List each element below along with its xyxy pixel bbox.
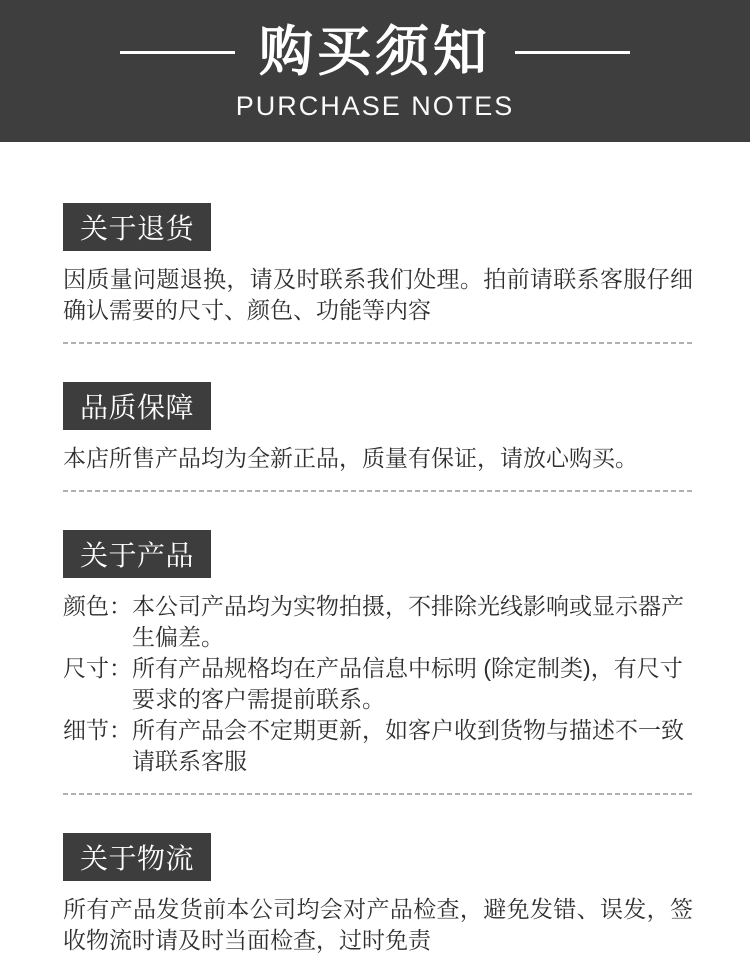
product-notes-list: 颜色： 本公司产品均为实物拍摄，不排除光线影响或显示器产生偏差。 尺寸： 所有产…	[63, 591, 693, 777]
section-divider	[63, 490, 693, 492]
section-divider	[63, 793, 693, 795]
section-returns-text: 因质量问题退换，请及时联系我们处理。拍前请联系客服仔细确认需要的尺寸、颜色、功能…	[63, 264, 693, 326]
section-logistics-text: 所有产品发货前本公司均会对产品检查，避免发错、误发，签收物流时请及时当面检查，过…	[63, 894, 693, 956]
section-returns: 关于退货 因质量问题退换，请及时联系我们处理。拍前请联系客服仔细确认需要的尺寸、…	[63, 203, 693, 344]
section-quality: 品质保障 本店所售产品均为全新正品，质量有保证，请放心购买。	[63, 382, 693, 492]
list-item: 尺寸： 所有产品规格均在产品信息中标明 (除定制类)，有尺寸要求的客户需提前联系…	[63, 653, 693, 715]
purchase-notes-page: 购买须知 PURCHASE NOTES 关于退货 因质量问题退换，请及时联系我们…	[0, 0, 750, 977]
title-right-line	[515, 51, 630, 54]
page-subtitle: PURCHASE NOTES	[236, 91, 515, 122]
content: 关于退货 因质量问题退换，请及时联系我们处理。拍前请联系客服仔细确认需要的尺寸、…	[0, 203, 750, 956]
title-left-line	[120, 51, 235, 54]
item-term-color: 颜色：	[63, 591, 132, 622]
section-returns-label: 关于退货	[63, 203, 211, 251]
item-desc-size: 所有产品规格均在产品信息中标明 (除定制类)，有尺寸要求的客户需提前联系。	[132, 653, 693, 715]
section-logistics-label: 关于物流	[63, 833, 211, 881]
section-divider	[63, 342, 693, 344]
section-quality-label: 品质保障	[63, 382, 211, 430]
section-quality-text: 本店所售产品均为全新正品，质量有保证，请放心购买。	[63, 443, 693, 474]
section-logistics: 关于物流 所有产品发货前本公司均会对产品检查，避免发错、误发，签收物流时请及时当…	[63, 833, 693, 956]
section-product-label: 关于产品	[63, 530, 211, 578]
item-term-detail: 细节：	[63, 715, 132, 746]
item-desc-color: 本公司产品均为实物拍摄，不排除光线影响或显示器产生偏差。	[132, 591, 693, 653]
title-row: 购买须知	[120, 24, 630, 81]
list-item: 颜色： 本公司产品均为实物拍摄，不排除光线影响或显示器产生偏差。	[63, 591, 693, 653]
page-title: 购买须知	[259, 24, 491, 81]
header-banner: 购买须知 PURCHASE NOTES	[0, 0, 750, 142]
item-desc-detail: 所有产品会不定期更新，如客户收到货物与描述不一致请联系客服	[132, 715, 693, 777]
item-term-size: 尺寸：	[63, 653, 132, 684]
list-item: 细节： 所有产品会不定期更新，如客户收到货物与描述不一致请联系客服	[63, 715, 693, 777]
section-product: 关于产品 颜色： 本公司产品均为实物拍摄，不排除光线影响或显示器产生偏差。 尺寸…	[63, 530, 693, 795]
